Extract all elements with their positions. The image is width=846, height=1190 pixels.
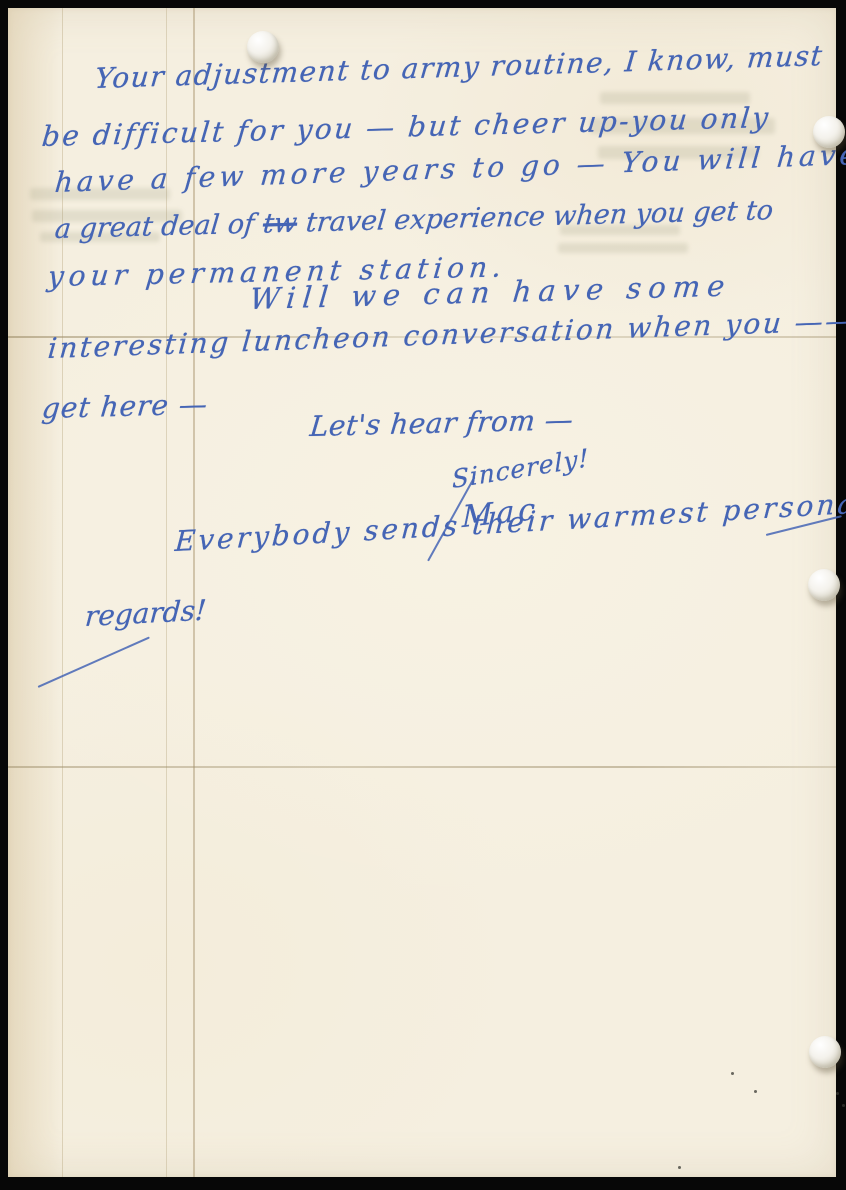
- handwritten-line-8: get here —: [40, 388, 209, 425]
- paper-speck: [842, 1104, 845, 1107]
- postscript-line-2: regards!: [84, 594, 208, 634]
- line-4-before: a great deal of: [54, 209, 256, 245]
- struck-out-word: tw: [262, 208, 299, 240]
- handwritten-line-9: Let's hear from —: [308, 403, 575, 443]
- white-pin-dot: [809, 1036, 841, 1068]
- bleed-through-artifact: [558, 243, 688, 253]
- white-pin-dot: [247, 31, 279, 63]
- horizontal-fold-crease: [8, 766, 836, 768]
- paper-speck: [731, 1072, 734, 1075]
- scanned-letter-page: Your adjustment to army routine, I know,…: [0, 0, 846, 1190]
- white-pin-dot: [813, 116, 845, 148]
- paper-speck: [836, 1092, 839, 1095]
- paper-speck: [678, 1166, 681, 1169]
- white-pin-dot: [808, 569, 840, 601]
- paper-speck: [754, 1090, 757, 1093]
